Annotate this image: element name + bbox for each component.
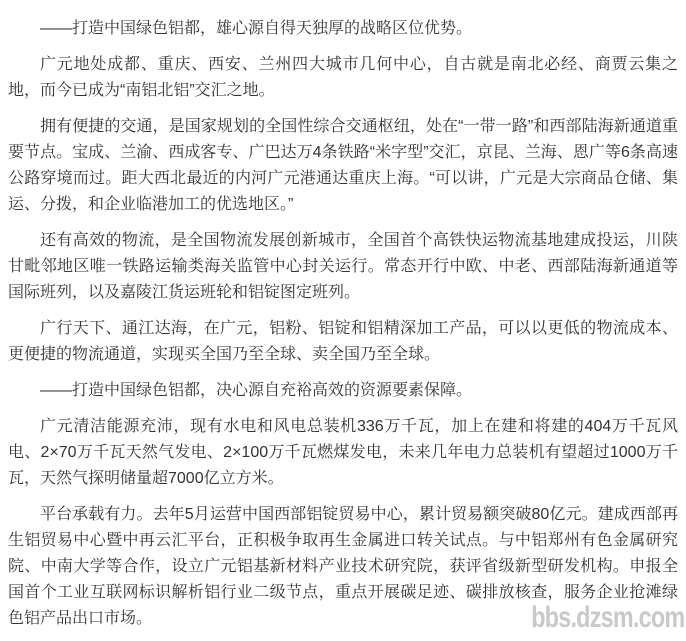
paragraph-resources-intro: ——打造中国绿色铝都，决心源自充裕高效的资源要素保障。 [8,378,678,404]
paragraph-energy: 广元清洁能源充沛，现有水电和风电总装机336万千瓦，加上在建和将建的404万千瓦… [8,414,678,492]
paragraph-market-reach: 广行天下、通江达海，在广元，铝粉、铝锭和铝精深加工产品，可以以更低的物流成本、更… [8,316,678,368]
site-watermark: bbs.dzsm.com [531,601,684,635]
paragraph-logistics: 还有高效的物流，是全国物流发展创新城市，全国首个高铁快运物流基地建成投运，川陕甘… [8,228,678,306]
paragraph-transport: 拥有便捷的交通，是国家规划的全国性综合交通枢纽，处在“一带一路”和西部陆海新通道… [8,114,678,218]
article-body: ——打造中国绿色铝都，雄心源自得天独厚的战略区位优势。 广元地处成都、重庆、西安… [0,0,686,632]
paragraph-strategy-intro: ——打造中国绿色铝都，雄心源自得天独厚的战略区位优势。 [8,16,678,42]
paragraph-location: 广元地处成都、重庆、西安、兰州四大城市几何中心，自古就是南北必经、商贾云集之地，… [8,52,678,104]
